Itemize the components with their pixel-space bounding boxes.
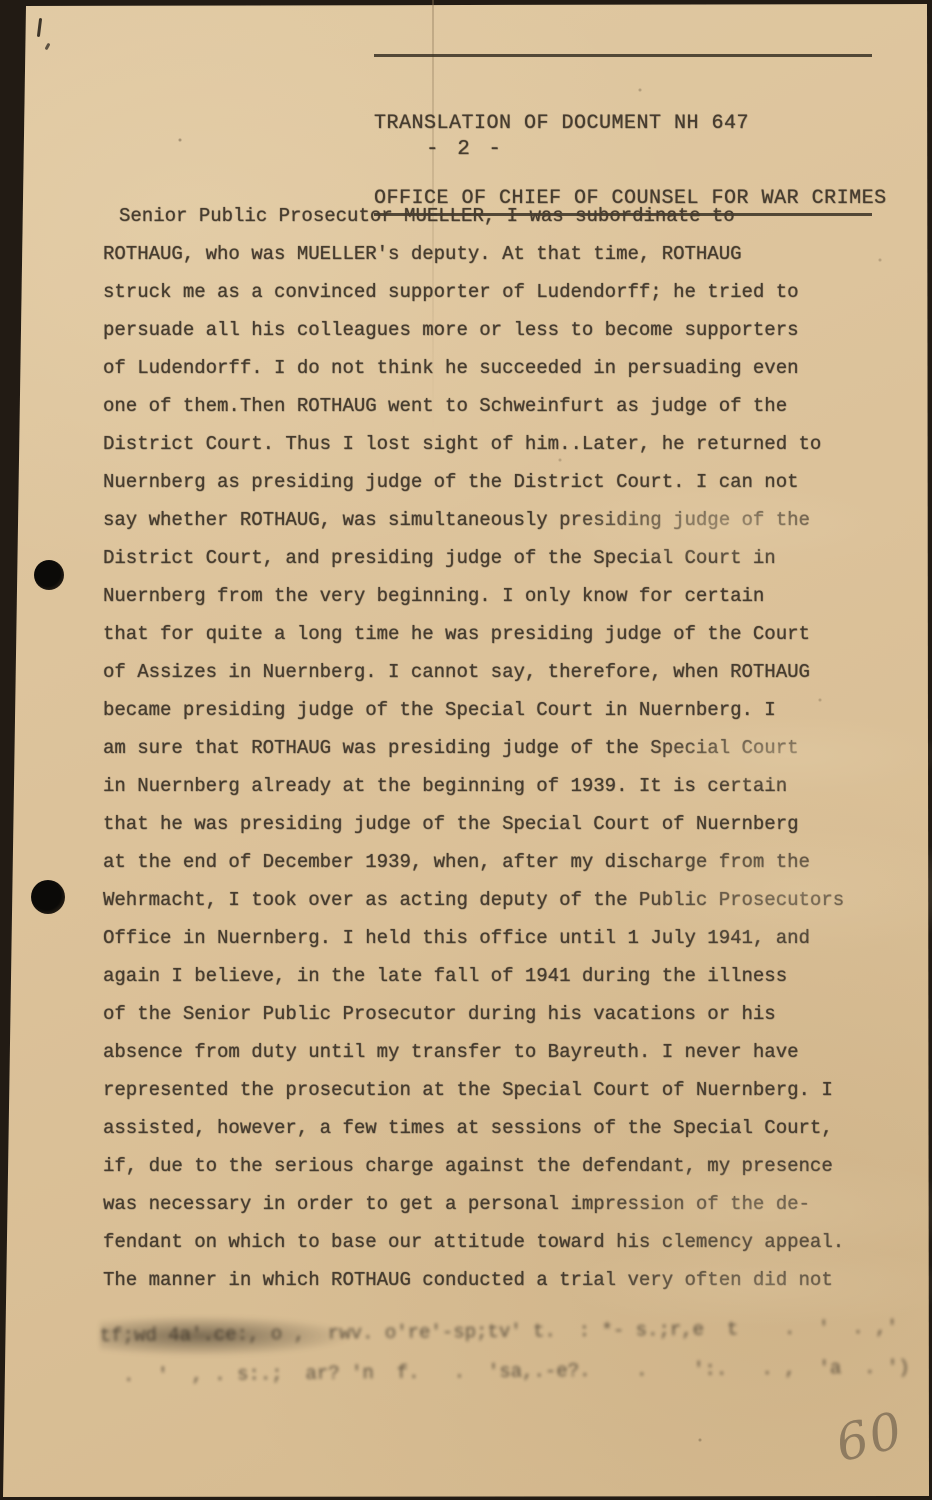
- hole-punch-bottom: [31, 880, 65, 914]
- typed-line: was necessary in order to get a personal…: [103, 1185, 873, 1223]
- typed-line: in Nuernberg already at the beginning of…: [103, 767, 873, 805]
- ink-blotch: [100, 1316, 350, 1356]
- typed-line: struck me as a convinced supporter of Lu…: [103, 273, 873, 311]
- typed-line: of the Senior Public Prosecutor during h…: [103, 995, 873, 1033]
- typed-line: represented the prosecution at the Speci…: [103, 1071, 873, 1109]
- body-text: Senior Public Prosecutor MUELLER, I was …: [103, 197, 873, 1299]
- typed-line: Office in Nuernberg. I held this office …: [103, 919, 873, 957]
- typed-line: Nuernberg as presiding judge of the Dist…: [103, 463, 873, 501]
- typed-line: persuade all his colleagues more or less…: [103, 311, 873, 349]
- hole-punch-top: [34, 560, 64, 590]
- scanned-document-page: TRANSLATION OF DOCUMENT NH 647 OFFICE OF…: [0, 0, 932, 1500]
- typed-line: absence from duty until my transfer to B…: [103, 1033, 873, 1071]
- typed-line: fendant on which to base our attitude to…: [103, 1223, 873, 1261]
- typed-line: District Court, and presiding judge of t…: [103, 539, 873, 577]
- typed-line: at the end of December 1939, when, after…: [103, 843, 873, 881]
- typed-line: of Ludendorff. I do not think he succeed…: [103, 349, 873, 387]
- typed-line: again I believe, in the late fall of 194…: [103, 957, 873, 995]
- typed-line: that for quite a long time he was presid…: [103, 615, 873, 653]
- typed-line: The manner in which ROTHAUG conducted a …: [103, 1261, 873, 1299]
- typed-line: Wehrmacht, I took over as acting deputy …: [103, 881, 873, 919]
- typed-line: say whether ROTHAUG, was simultaneously …: [103, 501, 873, 539]
- typed-line: of Assizes in Nuernberg. I cannot say, t…: [103, 653, 873, 691]
- typed-line: Nuernberg from the very beginning. I onl…: [103, 577, 873, 615]
- typed-line: if, due to the serious charge against th…: [103, 1147, 873, 1185]
- typed-line: became presiding judge of the Special Co…: [103, 691, 873, 729]
- typed-line: that he was presiding judge of the Speci…: [103, 805, 873, 843]
- header-title-line: TRANSLATION OF DOCUMENT NH 647: [374, 111, 872, 136]
- typed-line: ROTHAUG, who was MUELLER's deputy. At th…: [103, 235, 873, 273]
- typed-line: assisted, however, a few times at sessio…: [103, 1109, 873, 1147]
- page-number: - 2 -: [426, 138, 504, 161]
- typed-line: Senior Public Prosecutor MUELLER, I was …: [103, 197, 873, 235]
- typed-line: am sure that ROTHAUG was presiding judge…: [103, 729, 873, 767]
- typed-line: District Court. Thus I lost sight of him…: [103, 425, 873, 463]
- typed-line: one of them.Then ROTHAUG went to Schwein…: [103, 387, 873, 425]
